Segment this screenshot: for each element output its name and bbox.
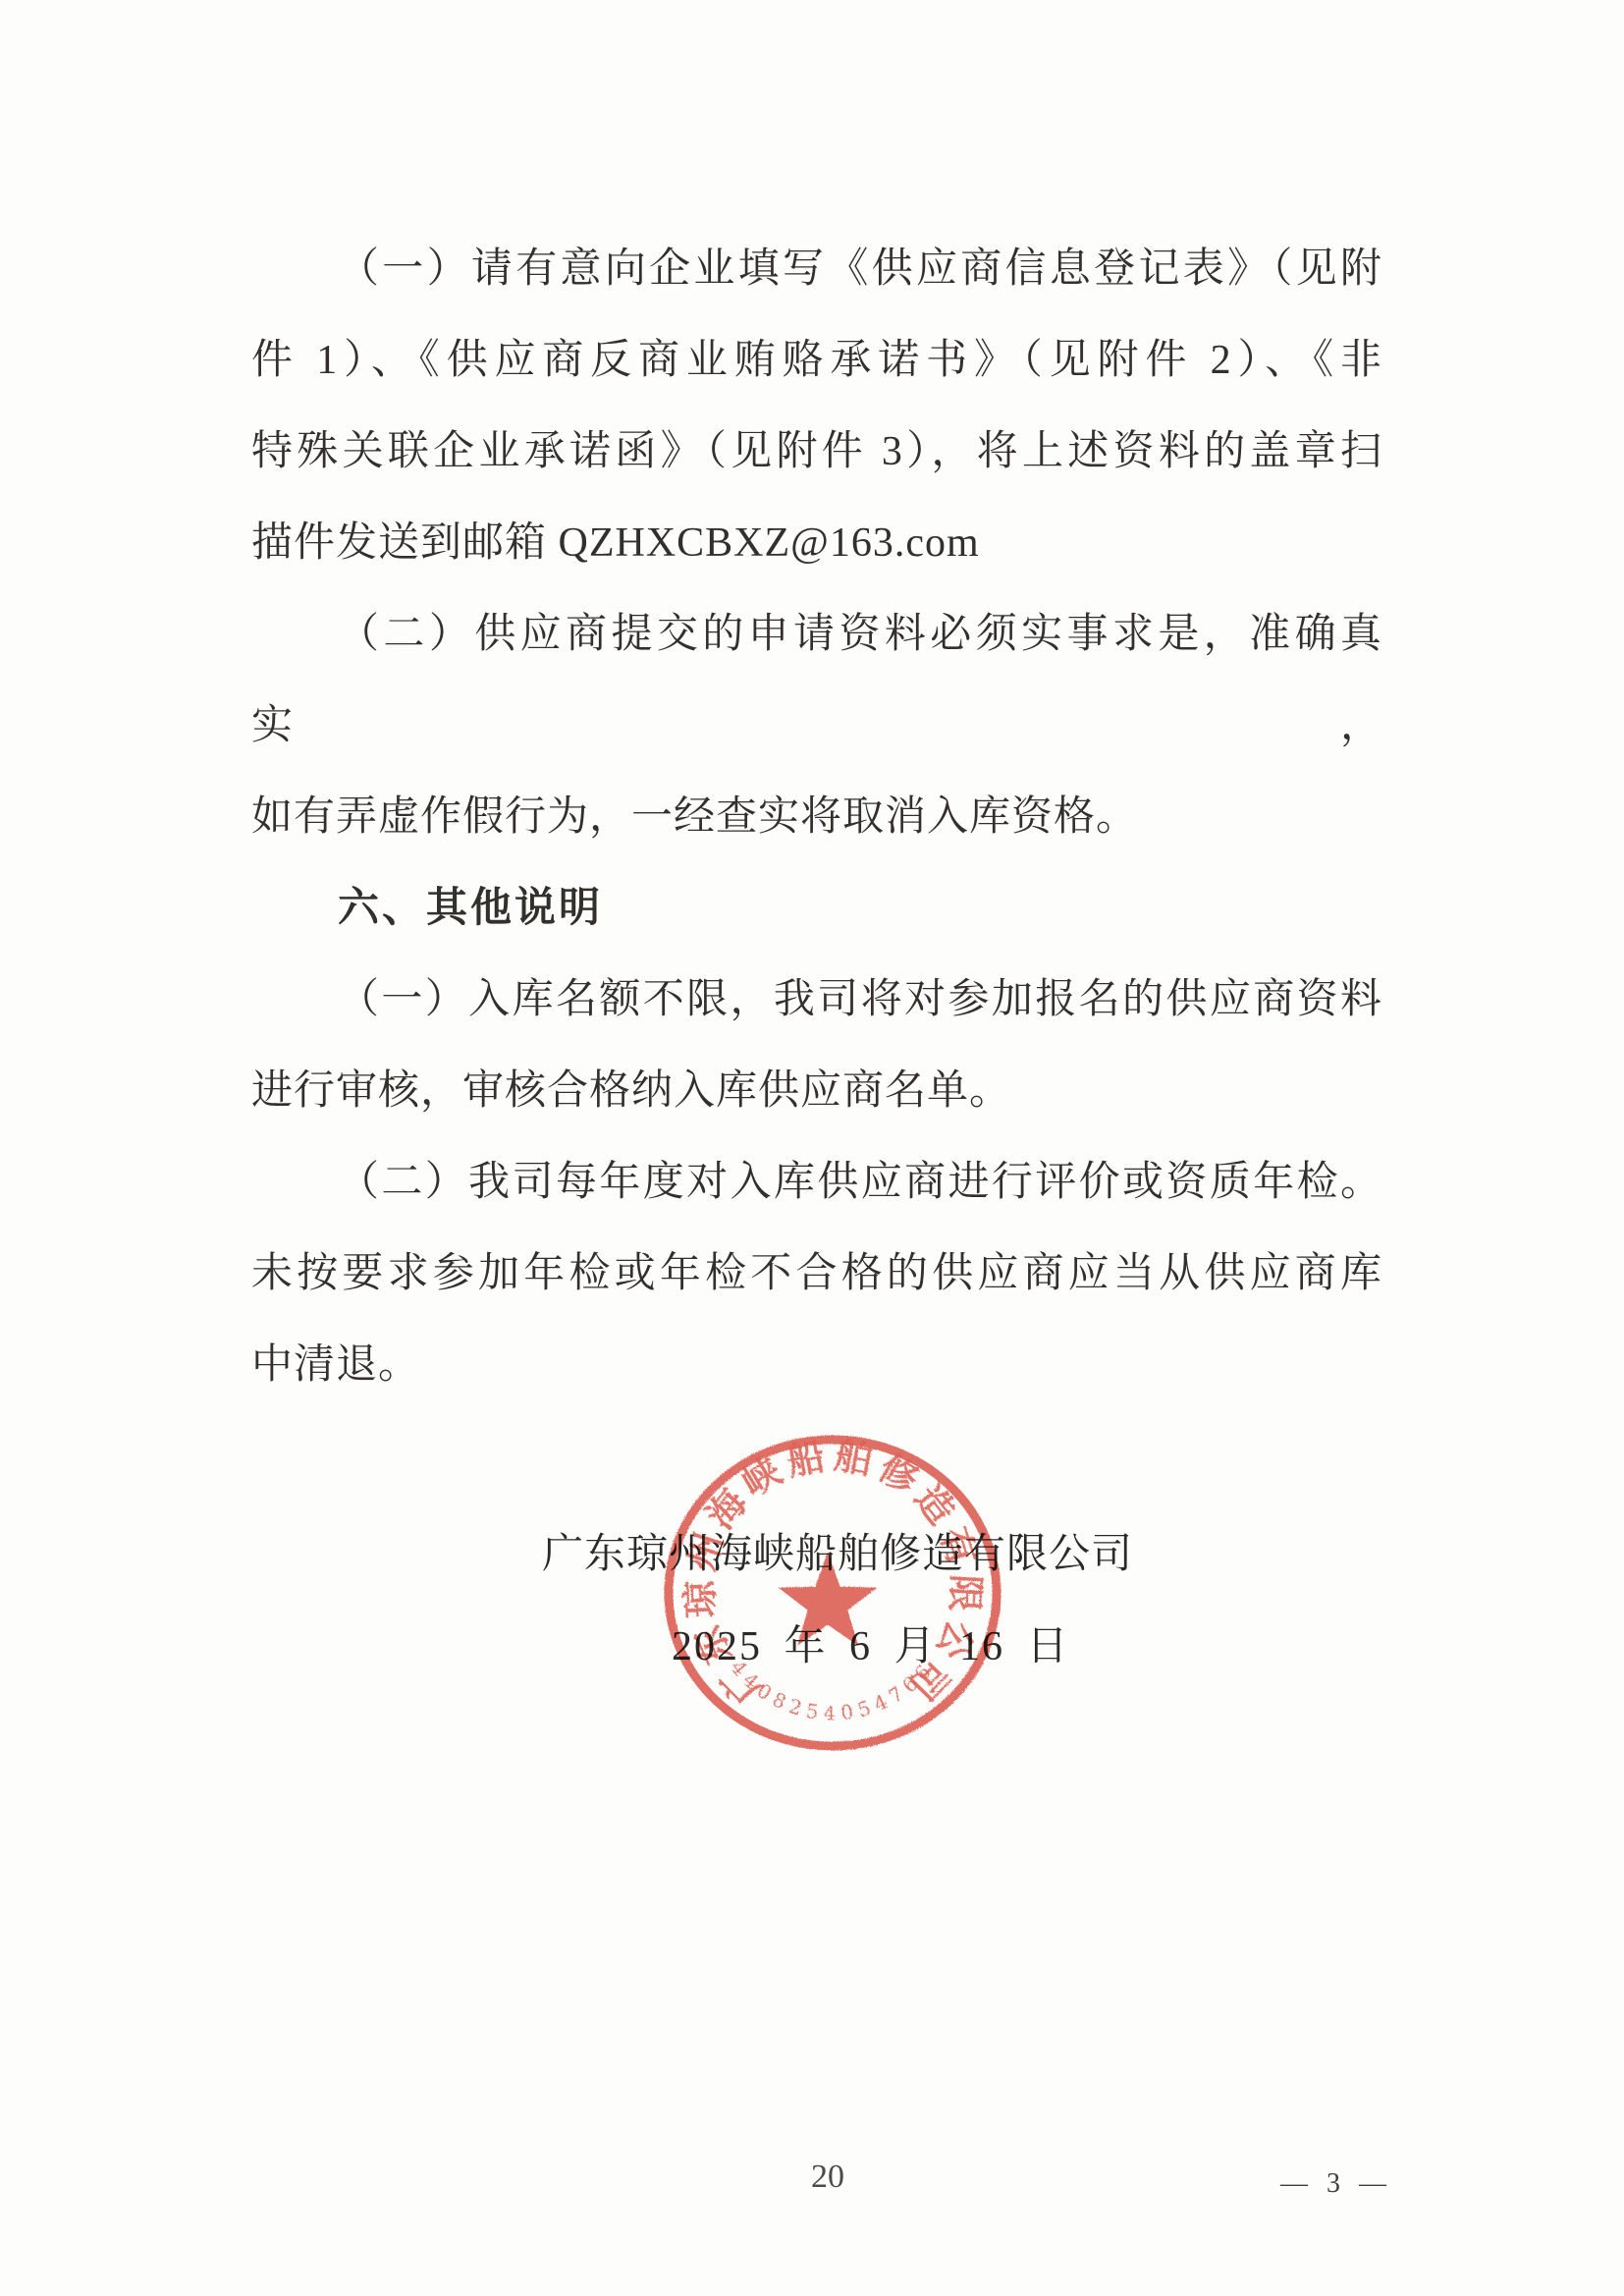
- body-line: （二）供应商提交的申请资料必须实事求是，准确真实，: [251, 589, 1382, 772]
- scanned-document-page: （一）请有意向企业填写《供应商信息登记表》（见附 件 1）、《供应商反商业贿赂承…: [0, 0, 1624, 2296]
- body-line: 中清退。: [251, 1320, 1382, 1411]
- body-line: 进行审核，审核合格纳入库供应商名单。: [251, 1046, 1382, 1137]
- body-line: 特殊关联企业承诺函》（见附件 3），将上述资料的盖章扫: [251, 407, 1382, 498]
- body-line: 未按要求参加年检或年检不合格的供应商应当从供应商库: [251, 1229, 1382, 1320]
- body-line: 件 1）、《供应商反商业贿赂承诺书》（见附件 2）、《非: [251, 315, 1382, 407]
- body-line: （一）入库名额不限，我司将对参加报名的供应商资料: [251, 955, 1382, 1046]
- company-seal-stamp: 广东琼州海峡船舶修造有限公司 4408254054766: [660, 1432, 1005, 1756]
- body-line: （二）我司每年度对入库供应商进行评价或资质年检。: [251, 1137, 1382, 1229]
- body-line: （一）请有意向企业填写《供应商信息登记表》（见附: [251, 224, 1382, 315]
- body-line: 如有弄虚作假行为，一经查实将取消入库资格。: [251, 772, 1382, 863]
- page-number-section: — 3 —: [1280, 2168, 1392, 2200]
- section-heading: 六、其他说明: [251, 863, 1382, 955]
- red-star-icon: [779, 1552, 878, 1646]
- document-body: （一）请有意向企业填写《供应商信息登记表》（见附 件 1）、《供应商反商业贿赂承…: [251, 224, 1382, 1411]
- body-line-email: 描件发送到邮箱 QZHXCBXZ@163.com: [251, 498, 1382, 589]
- page-number-main: 20: [811, 2159, 844, 2196]
- seal-code-text: 4408254054766: [726, 1656, 939, 1724]
